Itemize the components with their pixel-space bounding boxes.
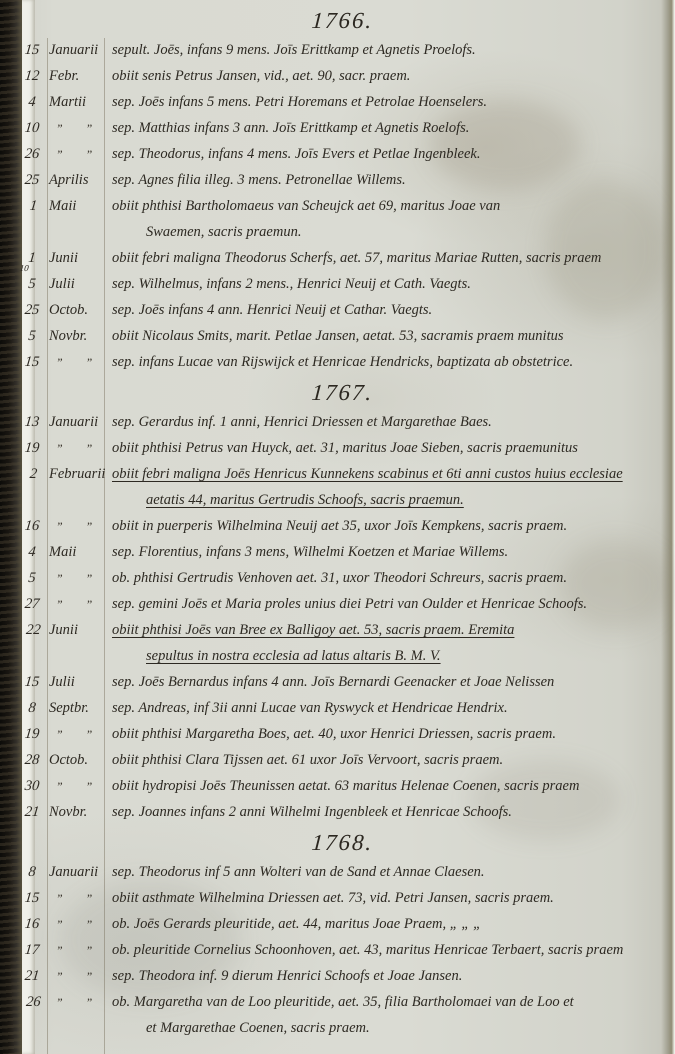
entry-month: Septbr. <box>48 695 105 721</box>
entry-day: 25 <box>15 167 50 193</box>
entry-day: 5 <box>15 565 50 591</box>
entry-month-ditto-mark: ” ” <box>48 721 105 747</box>
entry-month: Julii <box>48 271 105 297</box>
register-content: 1766.15Januariisepult. Joēs, infans 9 me… <box>16 5 669 1043</box>
entry-month: Junii <box>48 617 105 669</box>
entry-text-line: ob. pleuritide Cornelius Schoonhoven, ae… <box>112 937 669 963</box>
entry-text-line: obiit phthisi Petrus van Huyck, aet. 31,… <box>112 435 669 461</box>
entry-text: sep. Joēs infans 4 ann. Henrici Neuij et… <box>105 297 669 323</box>
entry-text-line: obiit febri maligna Theodorus Scherfs, a… <box>112 245 669 271</box>
entry-text-line: obiit Nicolaus Smits, marit. Petlae Jans… <box>112 323 669 349</box>
register-entry: 8Septbr.sep. Andreas, inf 3ii anni Lucae… <box>16 695 669 721</box>
entry-month: Novbr. <box>48 799 105 825</box>
entry-text: ob. Joēs Gerards pleuritide, aet. 44, ma… <box>105 911 669 937</box>
register-entry: 21Novbr.sep. Joannes infans 2 anni Wilhe… <box>16 799 669 825</box>
entry-month: Martii <box>48 89 105 115</box>
entry-month-ditto-mark: ” ” <box>48 911 105 937</box>
register-entry: 26” ”sep. Theodorus, infans 4 mens. Joīs… <box>16 141 669 167</box>
entry-day: 26 <box>15 141 50 167</box>
register-entry: 5” ”ob. phthisi Gertrudis Venhoven aet. … <box>16 565 669 591</box>
register-entry: 15Januariisepult. Joēs, infans 9 mens. J… <box>16 37 669 63</box>
register-entry: 28Octob.obiit phthisi Clara Tijssen aet.… <box>16 747 669 773</box>
entry-day: 19 <box>15 435 50 461</box>
entry-text-line: obiit phthisi Joēs van Bree ex Balligoy … <box>112 617 669 643</box>
entry-month: Januarii <box>48 37 105 63</box>
register-entry: 12Febr.obiit senis Petrus Jansen, vid., … <box>16 63 669 89</box>
entry-text: sep. Theodorus inf 5 ann Wolteri van de … <box>105 859 669 885</box>
entry-text: sep. Andreas, inf 3ii anni Lucae van Rys… <box>105 695 669 721</box>
entry-day: 1 <box>13 193 50 245</box>
entry-month: Julii <box>48 669 105 695</box>
entry-day: 8 <box>15 859 50 885</box>
entry-day: 12 <box>15 63 50 89</box>
entry-text-continuation: Swaemen, sacris praemun. <box>112 219 669 245</box>
entry-text: obiit in puerperis Wilhelmina Neuij aet … <box>105 513 669 539</box>
entry-month-ditto-mark: ” ” <box>48 435 105 461</box>
entry-text-line: obiit phthisi Margaretha Boes, aet. 40, … <box>112 721 669 747</box>
entry-text: ob. Margaretha van de Loo pleuritide, ae… <box>105 989 669 1041</box>
entry-text: sepult. Joēs, infans 9 mens. Joīs Erittk… <box>105 37 669 63</box>
year-heading: 1768. <box>15 827 670 859</box>
entry-month-ditto-mark: ” ” <box>48 349 105 375</box>
register-entry: 21” ”sep. Theodora inf. 9 dierum Henrici… <box>16 963 669 989</box>
entry-text-line: sep. Theodorus inf 5 ann Wolteri van de … <box>112 859 669 885</box>
entry-text-line: ob. Joēs Gerards pleuritide, aet. 44, ma… <box>112 911 669 937</box>
entry-month-ditto-mark: ” ” <box>48 115 105 141</box>
entry-day: 17 <box>15 937 50 963</box>
register-entry: 22Juniiobiit phthisi Joēs van Bree ex Ba… <box>16 617 669 669</box>
register-entry: 15” ”obiit asthmate Wilhelmina Driessen … <box>16 885 669 911</box>
entry-text-line: sep. Joannes infans 2 anni Wilhelmi Inge… <box>112 799 669 825</box>
entry-text-line: ob. Margaretha van de Loo pleuritide, ae… <box>112 989 669 1015</box>
entry-month-ditto-mark: ” ” <box>48 989 105 1041</box>
entry-month: Febr. <box>48 63 105 89</box>
entry-text: obiit phthisi Bartholomaeus van Scheujck… <box>105 193 669 245</box>
entry-text-line: sep. Theodorus, infans 4 mens. Joīs Ever… <box>112 141 669 167</box>
entry-month-ditto-mark: ” ” <box>48 773 105 799</box>
entry-text: sep. Florentius, infans 3 mens, Wilhelmi… <box>105 539 669 565</box>
register-page-scan: 1766.15Januariisepult. Joēs, infans 9 me… <box>0 0 675 1054</box>
entry-text-line: sep. Florentius, infans 3 mens, Wilhelmi… <box>112 539 669 565</box>
entry-text-line: obiit febri maligna Joēs Henricus Kunnek… <box>112 461 669 487</box>
entry-day: 28 <box>15 747 50 773</box>
entry-text-line: obiit hydropisi Joēs Theunissen aetat. 6… <box>112 773 669 799</box>
entry-month: Junii <box>48 245 105 271</box>
entry-day: 30 <box>15 773 50 799</box>
entry-day: 15 <box>15 37 50 63</box>
entry-text: sep. Wilhelmus, infans 2 mens., Henrici … <box>105 271 669 297</box>
entry-text: obiit phthisi Margaretha Boes, aet. 40, … <box>105 721 669 747</box>
year-heading: 1767. <box>15 377 670 409</box>
entry-day: 27 <box>15 591 50 617</box>
entry-text-line: sep. Joēs infans 4 ann. Henrici Neuij et… <box>112 297 669 323</box>
entry-text-continuation: et Margarethae Coenen, sacris praem. <box>112 1015 669 1041</box>
entry-text: obiit Nicolaus Smits, marit. Petlae Jans… <box>105 323 669 349</box>
entry-month-ditto-mark: ” ” <box>48 565 105 591</box>
entry-text: obiit febri maligna Theodorus Scherfs, a… <box>105 245 669 271</box>
entry-text: obiit febri maligna Joēs Henricus Kunnek… <box>105 461 669 513</box>
entry-text-line: obiit in puerperis Wilhelmina Neuij aet … <box>112 513 669 539</box>
entry-text: sep. Theodora inf. 9 dierum Henrici Scho… <box>105 963 669 989</box>
register-entry: 19” ”obiit phthisi Margaretha Boes, aet.… <box>16 721 669 747</box>
entry-month: Maii <box>48 539 105 565</box>
entry-day: 21 <box>15 963 50 989</box>
entry-day: 15 <box>15 885 50 911</box>
entry-day: 22 <box>13 617 50 669</box>
register-entry: 30” ”obiit hydropisi Joēs Theunissen aet… <box>16 773 669 799</box>
entry-month: Octob. <box>48 747 105 773</box>
entry-text-line: obiit phthisi Clara Tijssen aet. 61 uxor… <box>112 747 669 773</box>
entry-text-line: ob. phthisi Gertrudis Venhoven aet. 31, … <box>112 565 669 591</box>
entry-month-ditto-mark: ” ” <box>48 963 105 989</box>
entry-day: 510 <box>15 271 50 297</box>
register-entry: 510Juliisep. Wilhelmus, infans 2 mens., … <box>16 271 669 297</box>
entry-day: 5 <box>15 323 50 349</box>
entry-text: sep. Joēs infans 5 mens. Petri Horemans … <box>105 89 669 115</box>
entry-day: 16 <box>15 513 50 539</box>
entry-day: 21 <box>15 799 50 825</box>
entry-text-line: sep. Andreas, inf 3ii anni Lucae van Rys… <box>112 695 669 721</box>
entry-text: ob. pleuritide Cornelius Schoonhoven, ae… <box>105 937 669 963</box>
register-entry: 27” ”sep. gemini Joēs et Maria proles un… <box>16 591 669 617</box>
entry-text: obiit hydropisi Joēs Theunissen aetat. 6… <box>105 773 669 799</box>
entry-day: 25 <box>15 297 50 323</box>
register-entry: 8Januariisep. Theodorus inf 5 ann Wolter… <box>16 859 669 885</box>
entry-text: obiit asthmate Wilhelmina Driessen aet. … <box>105 885 669 911</box>
entry-month: Januarii <box>48 409 105 435</box>
entry-month: Maii <box>48 193 105 245</box>
register-entry: 26” ”ob. Margaretha van de Loo pleuritid… <box>16 989 669 1041</box>
entry-month: Octob. <box>48 297 105 323</box>
register-entry: 1Maiiobiit phthisi Bartholomaeus van Sch… <box>16 193 669 245</box>
entry-text-line: sep. Joēs infans 5 mens. Petri Horemans … <box>112 89 669 115</box>
entry-text: sep. Matthias infans 3 ann. Joīs Erittka… <box>105 115 669 141</box>
year-section: 1766.15Januariisepult. Joēs, infans 9 me… <box>16 5 669 375</box>
entry-day: 2 <box>13 461 50 513</box>
entry-text-line: sep. Theodora inf. 9 dierum Henrici Scho… <box>112 963 669 989</box>
entry-month: Februarii <box>48 461 105 513</box>
entry-text: obiit phthisi Petrus van Huyck, aet. 31,… <box>105 435 669 461</box>
entry-day: 13 <box>15 409 50 435</box>
entry-text-line: sep. Wilhelmus, infans 2 mens., Henrici … <box>112 271 669 297</box>
entry-text: sep. infans Lucae van Rijswijck et Henri… <box>105 349 669 375</box>
entry-text: obiit senis Petrus Jansen, vid., aet. 90… <box>105 63 669 89</box>
entry-text-continuation: sepultus in nostra ecclesia ad latus alt… <box>112 643 669 669</box>
entry-day: 4 <box>15 539 50 565</box>
entry-day: 4 <box>15 89 50 115</box>
entry-text: obiit phthisi Clara Tijssen aet. 61 uxor… <box>105 747 669 773</box>
entry-text: ob. phthisi Gertrudis Venhoven aet. 31, … <box>105 565 669 591</box>
entry-text-line: sep. Gerardus inf. 1 anni, Henrici Dries… <box>112 409 669 435</box>
entry-day-correction: 10 <box>19 264 29 273</box>
register-entry: 2Februariiobiit febri maligna Joēs Henri… <box>16 461 669 513</box>
register-entry: 15” ”sep. infans Lucae van Rijswijck et … <box>16 349 669 375</box>
entry-text-line: obiit asthmate Wilhelmina Driessen aet. … <box>112 885 669 911</box>
entry-month-ditto-mark: ” ” <box>48 937 105 963</box>
register-entry: 15Juliisep. Joēs Bernardus infans 4 ann.… <box>16 669 669 695</box>
year-section: 1768.8Januariisep. Theodorus inf 5 ann W… <box>16 827 669 1041</box>
entry-text: sep. gemini Joēs et Maria proles unius d… <box>105 591 669 617</box>
entry-month: Aprilis <box>48 167 105 193</box>
register-entry: 4Maiisep. Florentius, infans 3 mens, Wil… <box>16 539 669 565</box>
entry-text-line: sep. Matthias infans 3 ann. Joīs Erittka… <box>112 115 669 141</box>
entry-month-ditto-mark: ” ” <box>48 141 105 167</box>
register-entry: 1Juniiobiit febri maligna Theodorus Sche… <box>16 245 669 271</box>
entry-month-ditto-mark: ” ” <box>48 591 105 617</box>
entry-text-line: obiit phthisi Bartholomaeus van Scheujck… <box>112 193 669 219</box>
entry-text-line: sep. gemini Joēs et Maria proles unius d… <box>112 591 669 617</box>
register-entry: 19” ”obiit phthisi Petrus van Huyck, aet… <box>16 435 669 461</box>
entry-day: 8 <box>15 695 50 721</box>
entry-day: 16 <box>15 911 50 937</box>
entry-text: sep. Gerardus inf. 1 anni, Henrici Dries… <box>105 409 669 435</box>
register-entry: 5Novbr.obiit Nicolaus Smits, marit. Petl… <box>16 323 669 349</box>
entry-text-line: sepult. Joēs, infans 9 mens. Joīs Erittk… <box>112 37 669 63</box>
register-entry: 25Octob.sep. Joēs infans 4 ann. Henrici … <box>16 297 669 323</box>
entry-day: 26 <box>13 989 50 1041</box>
entry-day: 10 <box>15 115 50 141</box>
entry-text-line: sep. Joēs Bernardus infans 4 ann. Joīs B… <box>112 669 669 695</box>
register-entry: 25Aprilissep. Agnes filia illeg. 3 mens.… <box>16 167 669 193</box>
entry-day: 15 <box>15 349 50 375</box>
entry-text-continuation: aetatis 44, maritus Gertrudis Schoofs, s… <box>112 487 669 513</box>
entry-month-ditto-mark: ” ” <box>48 513 105 539</box>
entry-text-line: sep. Agnes filia illeg. 3 mens. Petronel… <box>112 167 669 193</box>
entry-month: Novbr. <box>48 323 105 349</box>
entry-text-line: obiit senis Petrus Jansen, vid., aet. 90… <box>112 63 669 89</box>
entry-day: 15 <box>15 669 50 695</box>
year-section: 1767.13Januariisep. Gerardus inf. 1 anni… <box>16 377 669 825</box>
entry-month-ditto-mark: ” ” <box>48 885 105 911</box>
entry-text: obiit phthisi Joēs van Bree ex Balligoy … <box>105 617 669 669</box>
entry-month: Januarii <box>48 859 105 885</box>
year-heading: 1766. <box>15 5 670 37</box>
entry-text: sep. Joēs Bernardus infans 4 ann. Joīs B… <box>105 669 669 695</box>
entry-text: sep. Agnes filia illeg. 3 mens. Petronel… <box>105 167 669 193</box>
entry-text: sep. Theodorus, infans 4 mens. Joīs Ever… <box>105 141 669 167</box>
entry-day: 19 <box>15 721 50 747</box>
register-entry: 10” ”sep. Matthias infans 3 ann. Joīs Er… <box>16 115 669 141</box>
entry-text: sep. Joannes infans 2 anni Wilhelmi Inge… <box>105 799 669 825</box>
register-entry: 13Januariisep. Gerardus inf. 1 anni, Hen… <box>16 409 669 435</box>
register-entry: 16” ”obiit in puerperis Wilhelmina Neuij… <box>16 513 669 539</box>
register-entry: 4Martiisep. Joēs infans 5 mens. Petri Ho… <box>16 89 669 115</box>
register-entry: 16” ”ob. Joēs Gerards pleuritide, aet. 4… <box>16 911 669 937</box>
entry-text-line: sep. infans Lucae van Rijswijck et Henri… <box>112 349 669 375</box>
register-entry: 17” ”ob. pleuritide Cornelius Schoonhove… <box>16 937 669 963</box>
